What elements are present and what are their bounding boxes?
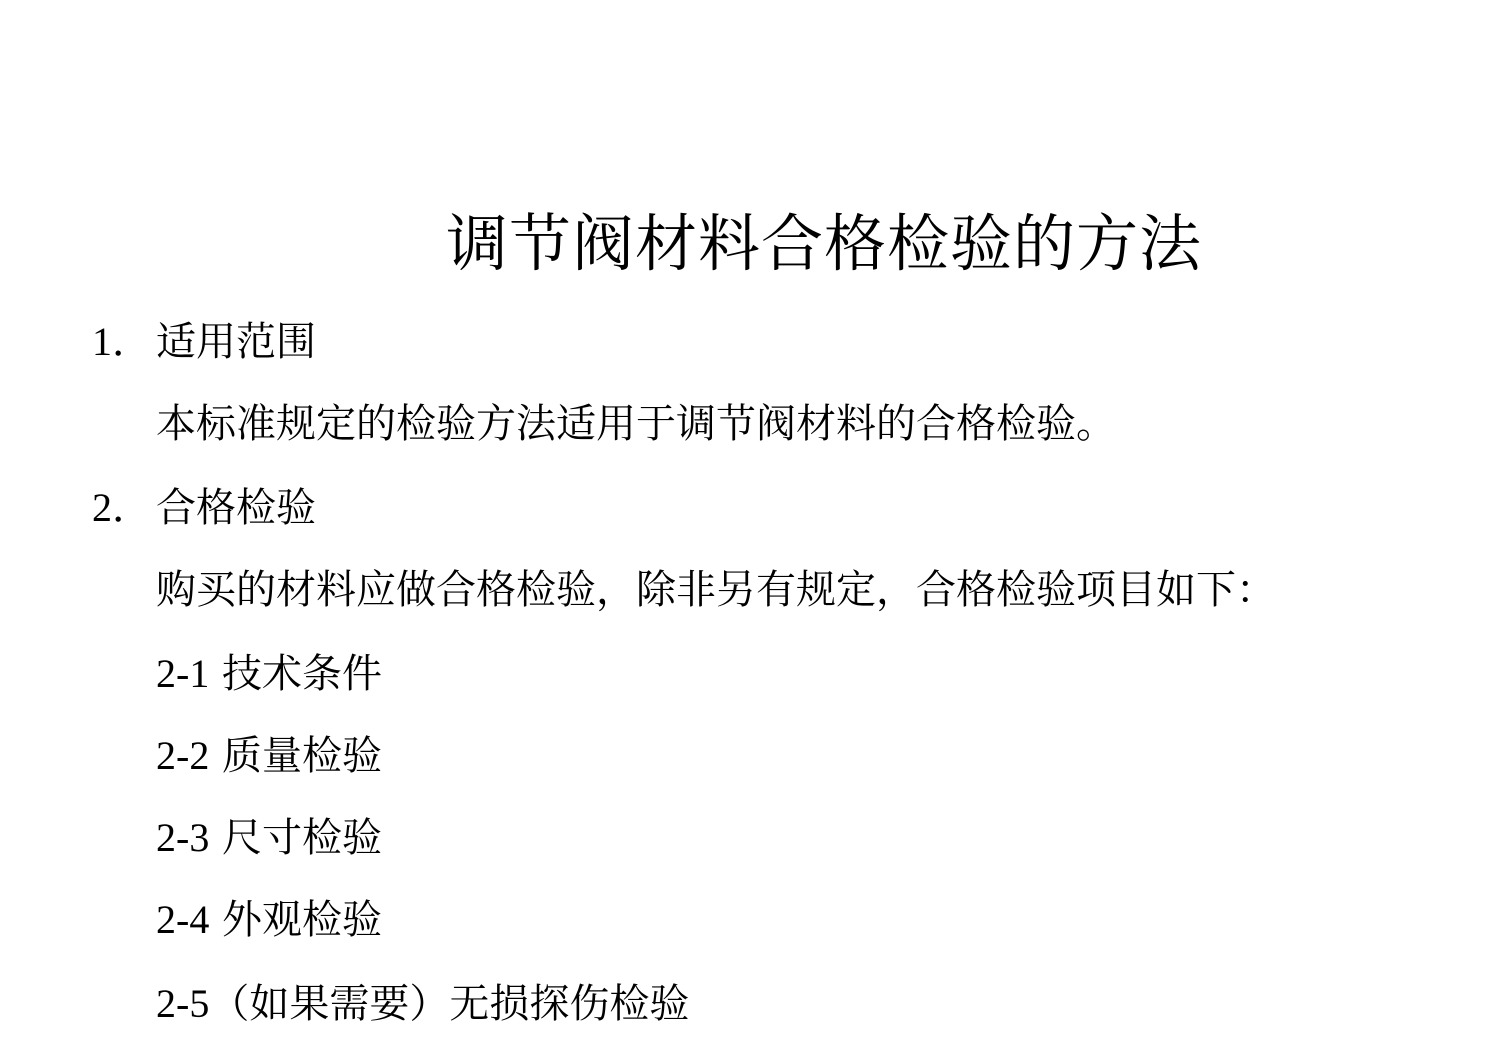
section-2-heading: 2．合格检验 — [92, 484, 316, 532]
item-separator — [209, 897, 222, 943]
section-number: 2． — [92, 484, 156, 532]
item-separator — [209, 651, 222, 697]
item-number: 2-3 — [156, 815, 209, 860]
item-separator — [209, 733, 222, 779]
list-item: 2-1 技术条件 — [156, 650, 382, 698]
item-number: 2-2 — [156, 733, 209, 778]
list-item: 2-5（如果需要）无损探伤检验 — [156, 980, 689, 1028]
section-1-heading: 1．适用范围 — [92, 318, 316, 366]
item-number: 2-5 — [156, 981, 209, 1026]
list-item: 2-4 外观检验 — [156, 896, 382, 944]
item-text: 尺寸检验 — [222, 815, 382, 861]
document-page: 调节阀材料合格检验的方法 1．适用范围 本标准规定的检验方法适用于调节阀材料的合… — [0, 0, 1506, 1052]
section-heading-text: 适用范围 — [156, 319, 316, 365]
list-item: 2-3 尺寸检验 — [156, 814, 382, 862]
item-separator — [209, 815, 222, 861]
section-2-paragraph: 购买的材料应做合格检验，除非另有规定，合格检验项目如下： — [156, 566, 1276, 614]
item-text: （如果需要）无损探伤检验 — [209, 981, 689, 1027]
item-text: 质量检验 — [222, 733, 382, 779]
section-number: 1． — [92, 318, 156, 366]
item-number: 2-4 — [156, 897, 209, 942]
section-1-paragraph: 本标准规定的检验方法适用于调节阀材料的合格检验。 — [156, 400, 1116, 448]
item-text: 外观检验 — [222, 897, 382, 943]
section-heading-text: 合格检验 — [156, 485, 316, 531]
item-text: 技术条件 — [222, 651, 382, 697]
list-item: 2-2 质量检验 — [156, 732, 382, 780]
item-number: 2-1 — [156, 651, 209, 696]
document-title: 调节阀材料合格检验的方法 — [446, 206, 1202, 282]
